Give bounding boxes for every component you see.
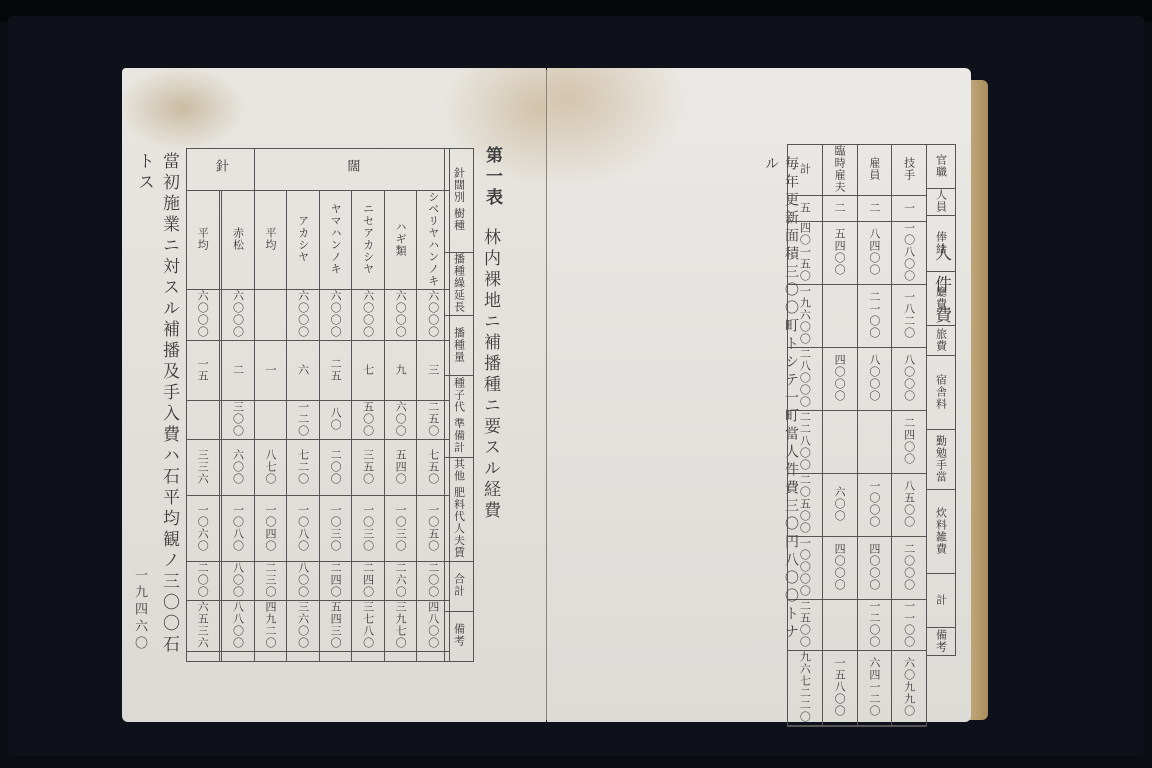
row-header: 人員 xyxy=(927,189,956,216)
table-cell: 六〇〇 xyxy=(222,440,255,496)
row-header: 官職 xyxy=(927,145,956,189)
species-header: ヤマハンノキ xyxy=(319,191,352,290)
table-cell: 一 xyxy=(892,196,927,222)
table-cell: 一〇三〇 xyxy=(384,496,417,562)
row-header: 旅費 xyxy=(927,326,956,356)
table-cell: 八七〇 xyxy=(254,440,287,496)
post-header: 計 xyxy=(788,145,823,196)
table-cell-total: 六〇九九〇 xyxy=(892,651,927,726)
table-cell: 一〇三〇 xyxy=(319,496,352,562)
table-cell: 一〇四〇 xyxy=(254,496,287,562)
table-cell: 五四〇〇 xyxy=(822,222,857,285)
species-header: 赤松 xyxy=(222,191,255,290)
table-cell: 二〇五〇〇 xyxy=(788,474,823,537)
table-cell: 六〇〇〇 xyxy=(187,290,220,341)
post-header: 技手 xyxy=(892,145,927,196)
table-cell: 五 xyxy=(788,196,823,222)
table-cell: 八〇〇〇 xyxy=(892,348,927,411)
table-cell: 二三〇 xyxy=(254,562,287,601)
table-cell-total: 五四三〇 xyxy=(319,601,352,652)
table-cell: 一〇八〇〇 xyxy=(892,222,927,285)
group-header-conifer: 針 xyxy=(187,149,255,191)
table-cell: 七 xyxy=(352,341,385,401)
table-cell-total: 三七八〇 xyxy=(352,601,385,652)
table-title: 林内裸地ニ補播種ニ要スル経費 xyxy=(478,228,503,528)
row-header: 勤勉手當 xyxy=(927,430,956,490)
row-header: 播種量 xyxy=(445,316,474,376)
row-header: 俸給 xyxy=(927,216,956,272)
table-cell: 二 xyxy=(222,341,255,401)
table-cell: 二四〇〇 xyxy=(892,411,927,474)
table-cell: 二五 xyxy=(319,341,352,401)
planting-cost-table: 針 闊 平均 赤松 平均 アカシヤ ヤマハンノキ ニセアカシヤ ハギ類 シベリヤ… xyxy=(186,148,450,662)
table-cell: 一 xyxy=(254,341,287,401)
table-cell: 一〇八〇 xyxy=(287,496,320,562)
row-header: 宿舎料 xyxy=(927,356,956,430)
row-header: 炊料雑費 xyxy=(927,490,956,574)
row-header: 備考 xyxy=(445,611,474,662)
table-cell xyxy=(187,401,220,440)
table-cell-total: 八八〇〇 xyxy=(222,601,255,652)
species-header: アカシヤ xyxy=(287,191,320,290)
table-cell: 五四〇 xyxy=(384,440,417,496)
species-header: ハギ類 xyxy=(384,191,417,290)
table-cell: 八四〇〇 xyxy=(857,222,892,285)
species-header: 平均 xyxy=(254,191,287,290)
table-cell: 一一〇〇 xyxy=(892,600,927,651)
table-cell: 二二八〇〇 xyxy=(788,411,823,474)
personnel-row-header-column: 官職 人員 俸給 廳費 旅費 宿舎料 勤勉手當 炊料雑費 計 備考 xyxy=(926,144,956,656)
row-header: 針闊別 樹種 xyxy=(445,149,474,253)
table-cell: 二五〇〇 xyxy=(788,600,823,651)
row-header: 廳費 xyxy=(927,272,956,326)
table-cell: 二 xyxy=(822,196,857,222)
table-cell: 二〇〇 xyxy=(187,562,220,601)
table-label: 第一表 xyxy=(480,146,505,209)
table-cell: 三〇〇 xyxy=(222,401,255,440)
table-cell: 二 xyxy=(857,196,892,222)
table-cell: 一二〇〇 xyxy=(857,600,892,651)
table-cell-total: 六四一二〇 xyxy=(857,651,892,726)
table-cell: 二〇〇〇 xyxy=(892,537,927,600)
table-cell: 六〇〇〇 xyxy=(352,290,385,341)
table-cell: 二四〇 xyxy=(352,562,385,601)
post-header: 臨時雇夫 xyxy=(822,145,857,196)
row-header: 播種繰延長 xyxy=(445,253,474,316)
group-header-broadleaf: 闊 xyxy=(254,149,449,191)
table-cell: 一〇〇〇 xyxy=(857,474,892,537)
right-page: 毎年更新面積三〇〇町トシテ一町當人件費三〇円八〇〇トナル 人件費 計 臨時雇夫 … xyxy=(547,68,971,722)
row-header: 其他 肥料代人夫賃 xyxy=(445,458,474,562)
table-cell: 三三六 xyxy=(187,440,220,496)
table-cell-total: 三九七〇 xyxy=(384,601,417,652)
table-cell: 六〇〇〇 xyxy=(287,290,320,341)
row-header: 計 xyxy=(927,574,956,628)
table-cell xyxy=(822,411,857,474)
table-cell: 四〇〇〇 xyxy=(857,537,892,600)
personnel-cost-table: 計 臨時雇夫 雇員 技手 五 二 二 一 四〇一五〇 五四〇〇 八四〇〇 一〇八… xyxy=(787,144,927,727)
table-cell: 一二〇 xyxy=(287,401,320,440)
table-cell: 六 xyxy=(287,341,320,401)
table-cell: 二八〇〇〇 xyxy=(788,348,823,411)
table-cell: 一〇三〇 xyxy=(352,496,385,562)
table-cell: 六〇〇 xyxy=(384,401,417,440)
table-cell: 五〇〇 xyxy=(352,401,385,440)
table-cell: 一九六〇〇 xyxy=(788,285,823,348)
table-cell: 八五〇〇 xyxy=(892,474,927,537)
table-cell xyxy=(857,411,892,474)
table-cell: 九 xyxy=(384,341,417,401)
table-cell-total: 六五三六 xyxy=(187,601,220,652)
table-cell: 四〇〇〇 xyxy=(822,348,857,411)
row-header: 備考 xyxy=(927,628,956,656)
table-cell: 一〇八〇 xyxy=(222,496,255,562)
table-cell: 六〇〇〇 xyxy=(384,290,417,341)
table-cell: 四〇〇〇 xyxy=(822,537,857,600)
table-cell: 八〇〇〇 xyxy=(857,348,892,411)
table-cell: 二六〇 xyxy=(384,562,417,601)
table-cell: 四〇一五〇 xyxy=(788,222,823,285)
species-header: 平均 xyxy=(187,191,220,290)
table-cell-total: 九六七二二〇 xyxy=(788,651,823,726)
table-cell xyxy=(822,600,857,651)
table-cell: 八〇〇 xyxy=(287,562,320,601)
table-cell: 三五〇 xyxy=(352,440,385,496)
table-cell: 一〇〇〇〇 xyxy=(788,537,823,600)
table-cell: 二〇〇 xyxy=(319,440,352,496)
row-header: 種子代 準備計 xyxy=(445,376,474,458)
table-cell: 一〇六〇 xyxy=(187,496,220,562)
table-cell-total: 一五八〇〇 xyxy=(822,651,857,726)
table-cell xyxy=(254,290,287,341)
table-cell: 六〇〇〇 xyxy=(319,290,352,341)
table-cell: 一八二〇 xyxy=(892,285,927,348)
table-cell xyxy=(254,401,287,440)
table-cell: 六〇〇〇 xyxy=(222,290,255,341)
table-cell xyxy=(822,285,857,348)
table-cell: 二四〇 xyxy=(319,562,352,601)
table-cell: 一五 xyxy=(187,341,220,401)
row-header-column: 針闊別 樹種 播種繰延長 播種量 種子代 準備計 其他 肥料代人夫賃 合計 備考 xyxy=(444,148,474,662)
row-header: 合計 xyxy=(445,561,474,611)
species-header: ニセアカシヤ xyxy=(352,191,385,290)
table-cell: 七二〇 xyxy=(287,440,320,496)
table-cell: 八〇〇 xyxy=(222,562,255,601)
post-header: 雇員 xyxy=(857,145,892,196)
left-page-note-amount: 一九四六〇 xyxy=(130,568,149,653)
table-cell: 二一〇〇 xyxy=(857,285,892,348)
table-cell-total: 三六〇〇 xyxy=(287,601,320,652)
table-cell-total: 四九二〇 xyxy=(254,601,287,652)
table-cell: 六〇〇 xyxy=(822,474,857,537)
table-cell: 八〇 xyxy=(319,401,352,440)
left-page: 當初施業ニ対スル補播及手入費ハ石平均観ノ三〇〇石トス 一九四六〇 第一表 林内裸… xyxy=(122,68,546,722)
